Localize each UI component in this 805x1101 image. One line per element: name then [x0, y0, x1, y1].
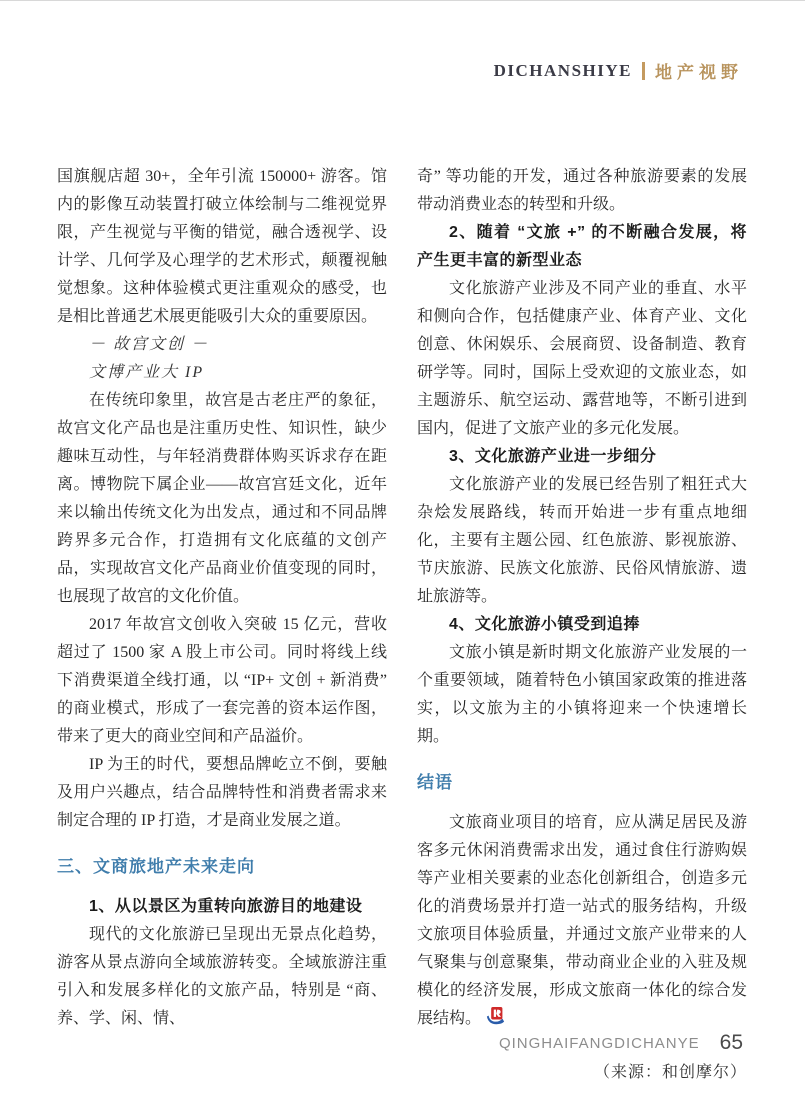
section-heading-3: 三、文商旅地产未来走向 — [57, 853, 387, 881]
page-header: DICHANSHIYE 地产视野 — [494, 58, 743, 83]
conclusion-text: 文旅商业项目的培育，应从满足居民及游客多元休闲消费需求出发，通过食住行游购娱等产… — [417, 814, 747, 1027]
paragraph-industry: 文化旅游产业涉及不同产业的垂直、水平和侧向合作，包括健康产业、体育产业、文化创意… — [417, 275, 747, 443]
sub-heading-4: 4、文化旅游小镇受到追捧 — [417, 611, 747, 639]
magazine-page: DICHANSHIYE 地产视野 国旗舰店超 30+，全年引流 150000+ … — [0, 0, 805, 1101]
paragraph-continued: 国旗舰店超 30+，全年引流 150000+ 游客。馆内的影像互动装置打破立体绘… — [57, 163, 387, 331]
section-title: 地产视野 — [655, 58, 743, 83]
page-footer: QINGHAIFANGDICHANYE 65 — [499, 1031, 743, 1055]
paragraph-ip: IP 为王的时代，要想品牌屹立不倒，要触及用户兴趣点，结合品牌特性和消费者需求来… — [57, 751, 387, 835]
conclusion-heading: 结语 — [417, 769, 747, 797]
footer-journal-pinyin: QINGHAIFANGDICHANYE — [499, 1035, 700, 1052]
left-column: 国旗舰店超 30+，全年引流 150000+ 游客。馆内的影像互动装置打破立体绘… — [57, 163, 387, 1033]
journal-code: DICHANSHIYE — [494, 61, 632, 81]
sub-heading-2: 2、随着 “文旅 +” 的不断融合发展，将产生更丰富的新型业态 — [417, 219, 747, 275]
sub-heading-3: 3、文化旅游产业进一步细分 — [417, 443, 747, 471]
paragraph-conclusion: 文旅商业项目的培育，应从满足居民及游客多元休闲消费需求出发，通过食住行游购娱等产… — [417, 809, 747, 1033]
paragraph-modern-continued: 奇” 等功能的开发，通过各种旅游要素的发展带动消费业态的转型和升级。 — [417, 163, 747, 219]
source-line: （来源：和创摩尔） — [417, 1059, 747, 1087]
footer-page-number: 65 — [720, 1031, 743, 1055]
article-endmark-logo-icon — [485, 1007, 506, 1026]
kai-subtitle: 文博产业大 IP — [57, 359, 387, 387]
kai-label: － 故宫文创 － — [57, 331, 387, 359]
paragraph-tradition: 在传统印象里，故宫是古老庄严的象征，故宫文化产品也是注重历史性、知识性，缺少趣味… — [57, 387, 387, 611]
header-divider — [642, 62, 645, 80]
paragraph-revenue: 2017 年故宫文创收入突破 15 亿元，营收超过了 1500 家 A 股上市公… — [57, 611, 387, 751]
sub-heading-1: 1、从以景区为重转向旅游目的地建设 — [57, 893, 387, 921]
paragraph-segment: 文化旅游产业的发展已经告别了粗狂式大杂烩发展路线，转而开始进一步有重点地细化，主… — [417, 471, 747, 611]
paragraph-town: 文旅小镇是新时期文化旅游产业发展的一个重要领域，随着特色小镇国家政策的推进落实，… — [417, 639, 747, 751]
paragraph-modern: 现代的文化旅游已呈现出无景点化趋势，游客从景点游向全域旅游转变。全域旅游注重引入… — [57, 921, 387, 1033]
right-column: 奇” 等功能的开发，通过各种旅游要素的发展带动消费业态的转型和升级。 2、随着 … — [417, 163, 747, 1087]
